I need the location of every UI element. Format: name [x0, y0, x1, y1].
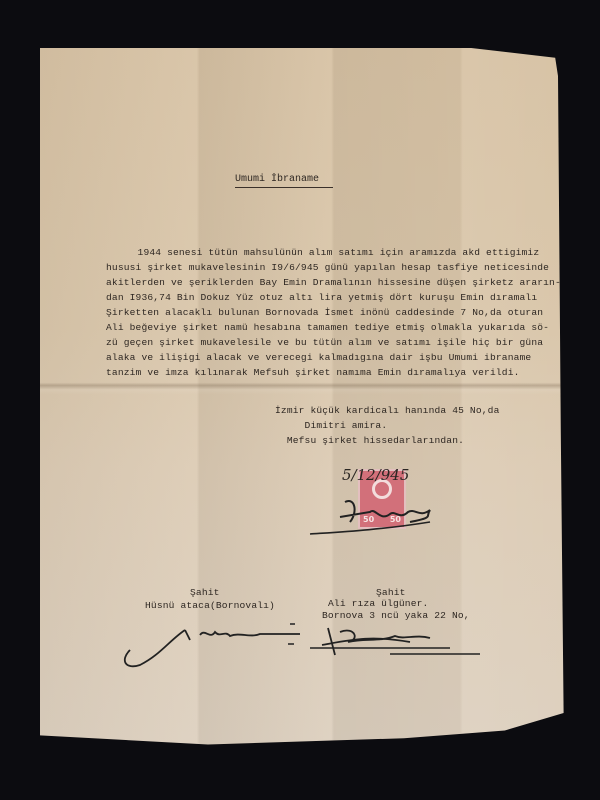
witness-signatures	[110, 620, 510, 690]
body-line: hususi şirket mukavelesinin I9/6/945 gün…	[106, 260, 549, 275]
handwritten-date-and-signature: 5/12/945	[300, 462, 480, 552]
body-line: tanzim ve imza kılınarak Mefsuh şirket n…	[106, 365, 520, 380]
svg-text:5/12/945: 5/12/945	[342, 466, 409, 484]
body-line: dan I936,74 Bin Dokuz Yüz otuz altı lira…	[106, 290, 537, 305]
document-title: Umumi İbraname	[235, 174, 333, 188]
body-line: Şirketten alacaklı bulunan Bornovada İsm…	[106, 305, 543, 320]
witness-left-name: Hüsnü ataca(Bornovalı)	[145, 598, 275, 613]
address-line: Mefsu şirket hissedarlarından.	[275, 433, 464, 448]
body-line: akitlerden ve şeriklerden Bay Emin Drama…	[106, 275, 561, 290]
body-line: 1944 senesi tütün mahsulünün alım satımı…	[108, 245, 539, 260]
body-line: alaka ve ilişigi alacak ve verecegi kalm…	[106, 350, 531, 365]
body-line: Ali beğeviye şirket namü hesabına tamame…	[106, 320, 549, 335]
address-line: Dimitri amira.	[275, 418, 387, 433]
body-line: zü geçen şirket mukavelesile ve bu tütün…	[106, 335, 543, 350]
address-line: İzmir küçük kardicalı hanında 45 No,da	[275, 403, 499, 418]
